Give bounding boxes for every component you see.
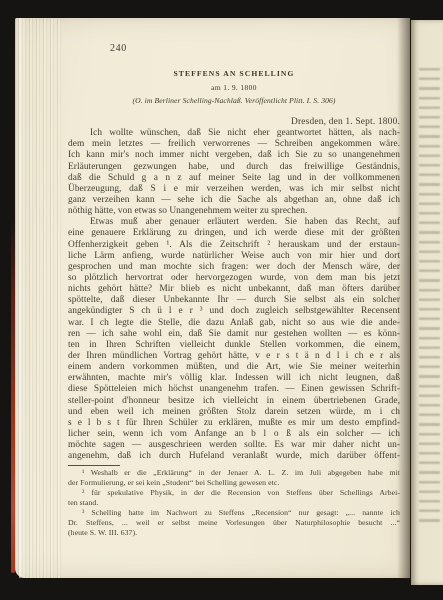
- text-column: Dresden, den 1. Sept. 1800. Ich wollte w…: [68, 117, 400, 538]
- footnote-line: (heute S. W. III. 637).: [68, 528, 400, 538]
- text-line: Etwas muß aber genauer erläutert werden.…: [68, 217, 400, 228]
- text-line: eine genauere Erklärung zu dringen, und …: [68, 228, 400, 239]
- text-line: nöthig hätte, von etwas so Unangenehmem …: [68, 206, 400, 217]
- text-line: ren — ich sahe wohl ein, daß Sie damit n…: [68, 329, 400, 340]
- book-page: 240 STEFFENS AN SCHELLING am 1. 9. 1800 …: [15, 18, 410, 578]
- text-line: der Ihren mündlichen Vortrag gehört hätt…: [68, 351, 400, 362]
- letter-body: Ich wollte wünschen, daß Sie nicht eher …: [68, 128, 400, 462]
- red-edge-stripe: [11, 215, 15, 573]
- text-line: angenehm, daß ich durch Hufeland veranla…: [68, 451, 400, 462]
- page-number: 240: [110, 43, 127, 54]
- footnote-line: ³ Schelling hatte im Nachwort zu Steffen…: [68, 508, 400, 518]
- footnote-line: der Formulierung, er sei kein „Student“ …: [68, 478, 400, 488]
- text-line: möchte sagen — ausgeschrieen werden soll…: [68, 440, 400, 451]
- footnote-line: ¹ Weshalb er die „Erklärung“ in der Jena…: [68, 468, 400, 478]
- text-line: diese Spötteleien mich höchst unangenehm…: [68, 384, 400, 395]
- text-line: licher sein, wenn ich vom Anfange an b l…: [68, 429, 400, 440]
- facing-page-ghost-text: [419, 68, 440, 523]
- text-line: ten in Ihren Schriften vielleicht dunkle…: [68, 340, 400, 351]
- letter-dateline: Dresden, den 1. Sept. 1800.: [68, 117, 400, 128]
- letter-header: STEFFENS AN SCHELLING am 1. 9. 1800 (O. …: [68, 69, 400, 105]
- fore-edge-highlight: [19, 18, 25, 578]
- footnotes: ¹ Weshalb er die „Erklärung“ in der Jena…: [68, 468, 400, 538]
- text-line: s e l b s t für Ihren Schüler zu erkläre…: [68, 418, 400, 429]
- text-line: dem mein letztes — freilich verworrenes …: [68, 139, 400, 150]
- page-fore-edge: [15, 18, 61, 578]
- text-line: Ich wollte wünschen, daß Sie nicht eher …: [68, 128, 400, 139]
- footnote-line: Dr. Steffens, ... weil er selbst meine V…: [68, 518, 400, 528]
- text-line: und eben weil ich meinen größten Stolz d…: [68, 407, 400, 418]
- text-line: Offenherzigkeit geben ¹. Als die Zeitsch…: [68, 240, 400, 251]
- text-line: daß die Schuld g a n z auf meiner Seite …: [68, 173, 400, 184]
- letter-title: STEFFENS AN SCHELLING: [68, 69, 400, 78]
- text-line: liche Lärm anfieng, wurde natürlicher We…: [68, 251, 400, 262]
- book-photo: 240 STEFFENS AN SCHELLING am 1. 9. 1800 …: [0, 0, 443, 600]
- text-line: spöttelte, daß dieser Unbekannte Ihr — d…: [68, 295, 400, 306]
- text-line: Überzeugung, daß S i e mir verzeihen wer…: [68, 184, 400, 195]
- text-line: angekündigter S ch ü l e r ³ und doch zu…: [68, 306, 400, 317]
- letter-header-date: am 1. 9. 1800: [68, 83, 400, 92]
- text-line: ganz verzeihen kann — sehe ich die Sache…: [68, 195, 400, 206]
- footnote-line: ² für spekulative Physik, in der die Rec…: [68, 488, 400, 498]
- text-line: erwähnten, machte mir's völlig klar. Ind…: [68, 373, 400, 384]
- facing-page: [411, 20, 443, 585]
- text-line: gesprochen und man mochte sich fragen: w…: [68, 262, 400, 273]
- footnote-separator: [68, 465, 120, 466]
- letter-source-note: (O. im Berliner Schelling-Nachlaß. Veröf…: [68, 96, 400, 105]
- text-line: nichts gehört hätte? Mir blieb es nicht …: [68, 284, 400, 295]
- text-line: Ich kann mir's noch immer nicht vergeben…: [68, 150, 400, 161]
- footnote-line: ten stand.: [68, 498, 400, 508]
- text-line: steller-point d'honneur besitze ich viel…: [68, 396, 400, 407]
- text-line: Erläuterungen gezwungen habe, und durch …: [68, 162, 400, 173]
- text-line: einem andern vorkommen müßten, und die A…: [68, 362, 400, 373]
- text-line: war. I ch legte die Stelle, die dazu Anl…: [68, 318, 400, 329]
- text-line: so plötzlich hervortrat oder hervorgezog…: [68, 273, 400, 284]
